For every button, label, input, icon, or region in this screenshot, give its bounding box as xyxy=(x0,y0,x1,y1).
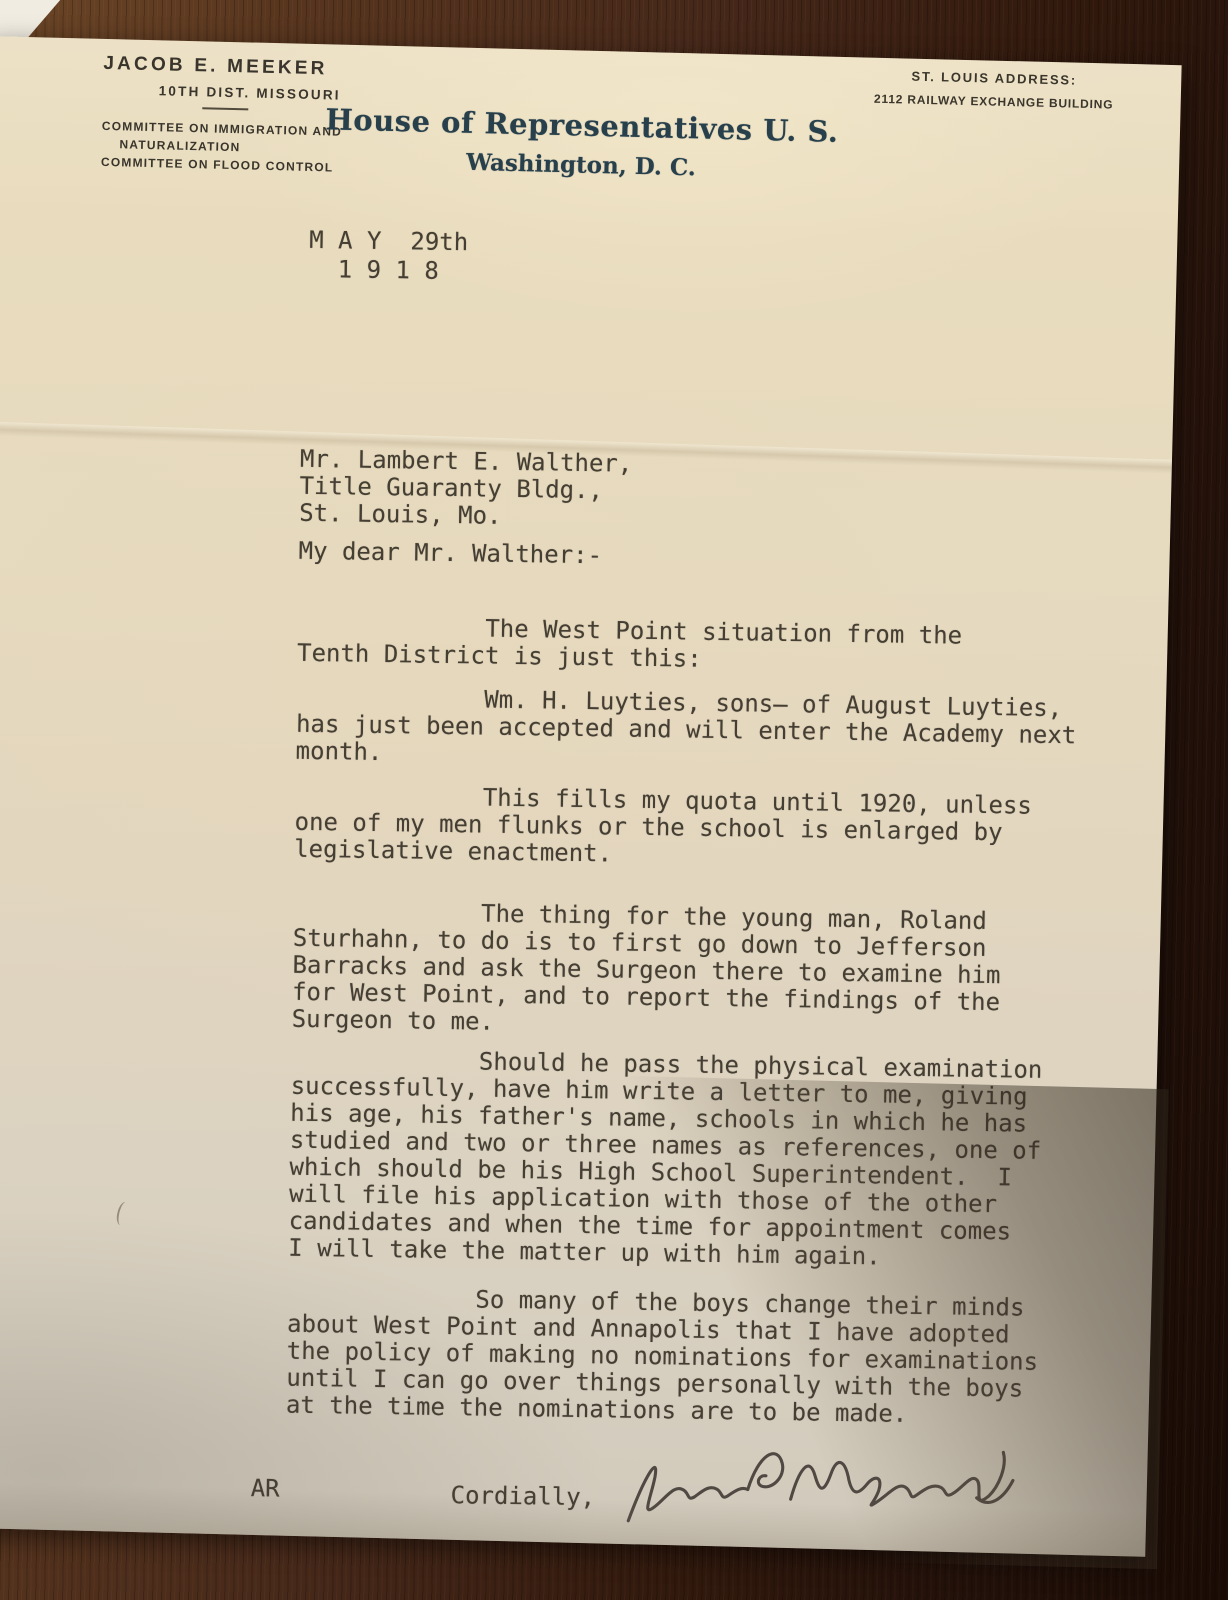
recipient-address: Mr. Lambert E. Walther, Title Guaranty B… xyxy=(299,446,633,532)
st-louis-address-label: ST. LOUIS ADDRESS: xyxy=(869,68,1119,89)
letterhead-right-block: ST. LOUIS ADDRESS: 2112 RAILWAY EXCHANGE… xyxy=(869,68,1120,112)
paragraph-1: The West Point situation from the Tenth … xyxy=(297,613,962,677)
st-louis-address: 2112 RAILWAY EXCHANGE BUILDING xyxy=(869,92,1119,112)
corner-fold-shadow xyxy=(477,1073,1169,1569)
stray-mark xyxy=(115,1201,132,1227)
sender-name: JACOB E. MEEKER xyxy=(103,53,344,81)
letter-paper: JACOB E. MEEKER 10TH DIST. MISSOURI COMM… xyxy=(0,36,1182,1557)
letter-date: M A Y 29th 1 9 1 8 xyxy=(309,226,469,286)
photo-of-letter-on-wood-table: JACOB E. MEEKER 10TH DIST. MISSOURI COMM… xyxy=(0,0,1228,1600)
paragraph-4: The thing for the young man, Roland Stur… xyxy=(291,898,1001,1043)
salutation: My dear Mr. Walther:- xyxy=(298,538,602,569)
paragraph-2: Wm. H. Luyties, sons̶ of August Luyties,… xyxy=(295,684,1076,777)
paragraph-3: This fills my quota until 1920, unless o… xyxy=(294,782,1032,874)
